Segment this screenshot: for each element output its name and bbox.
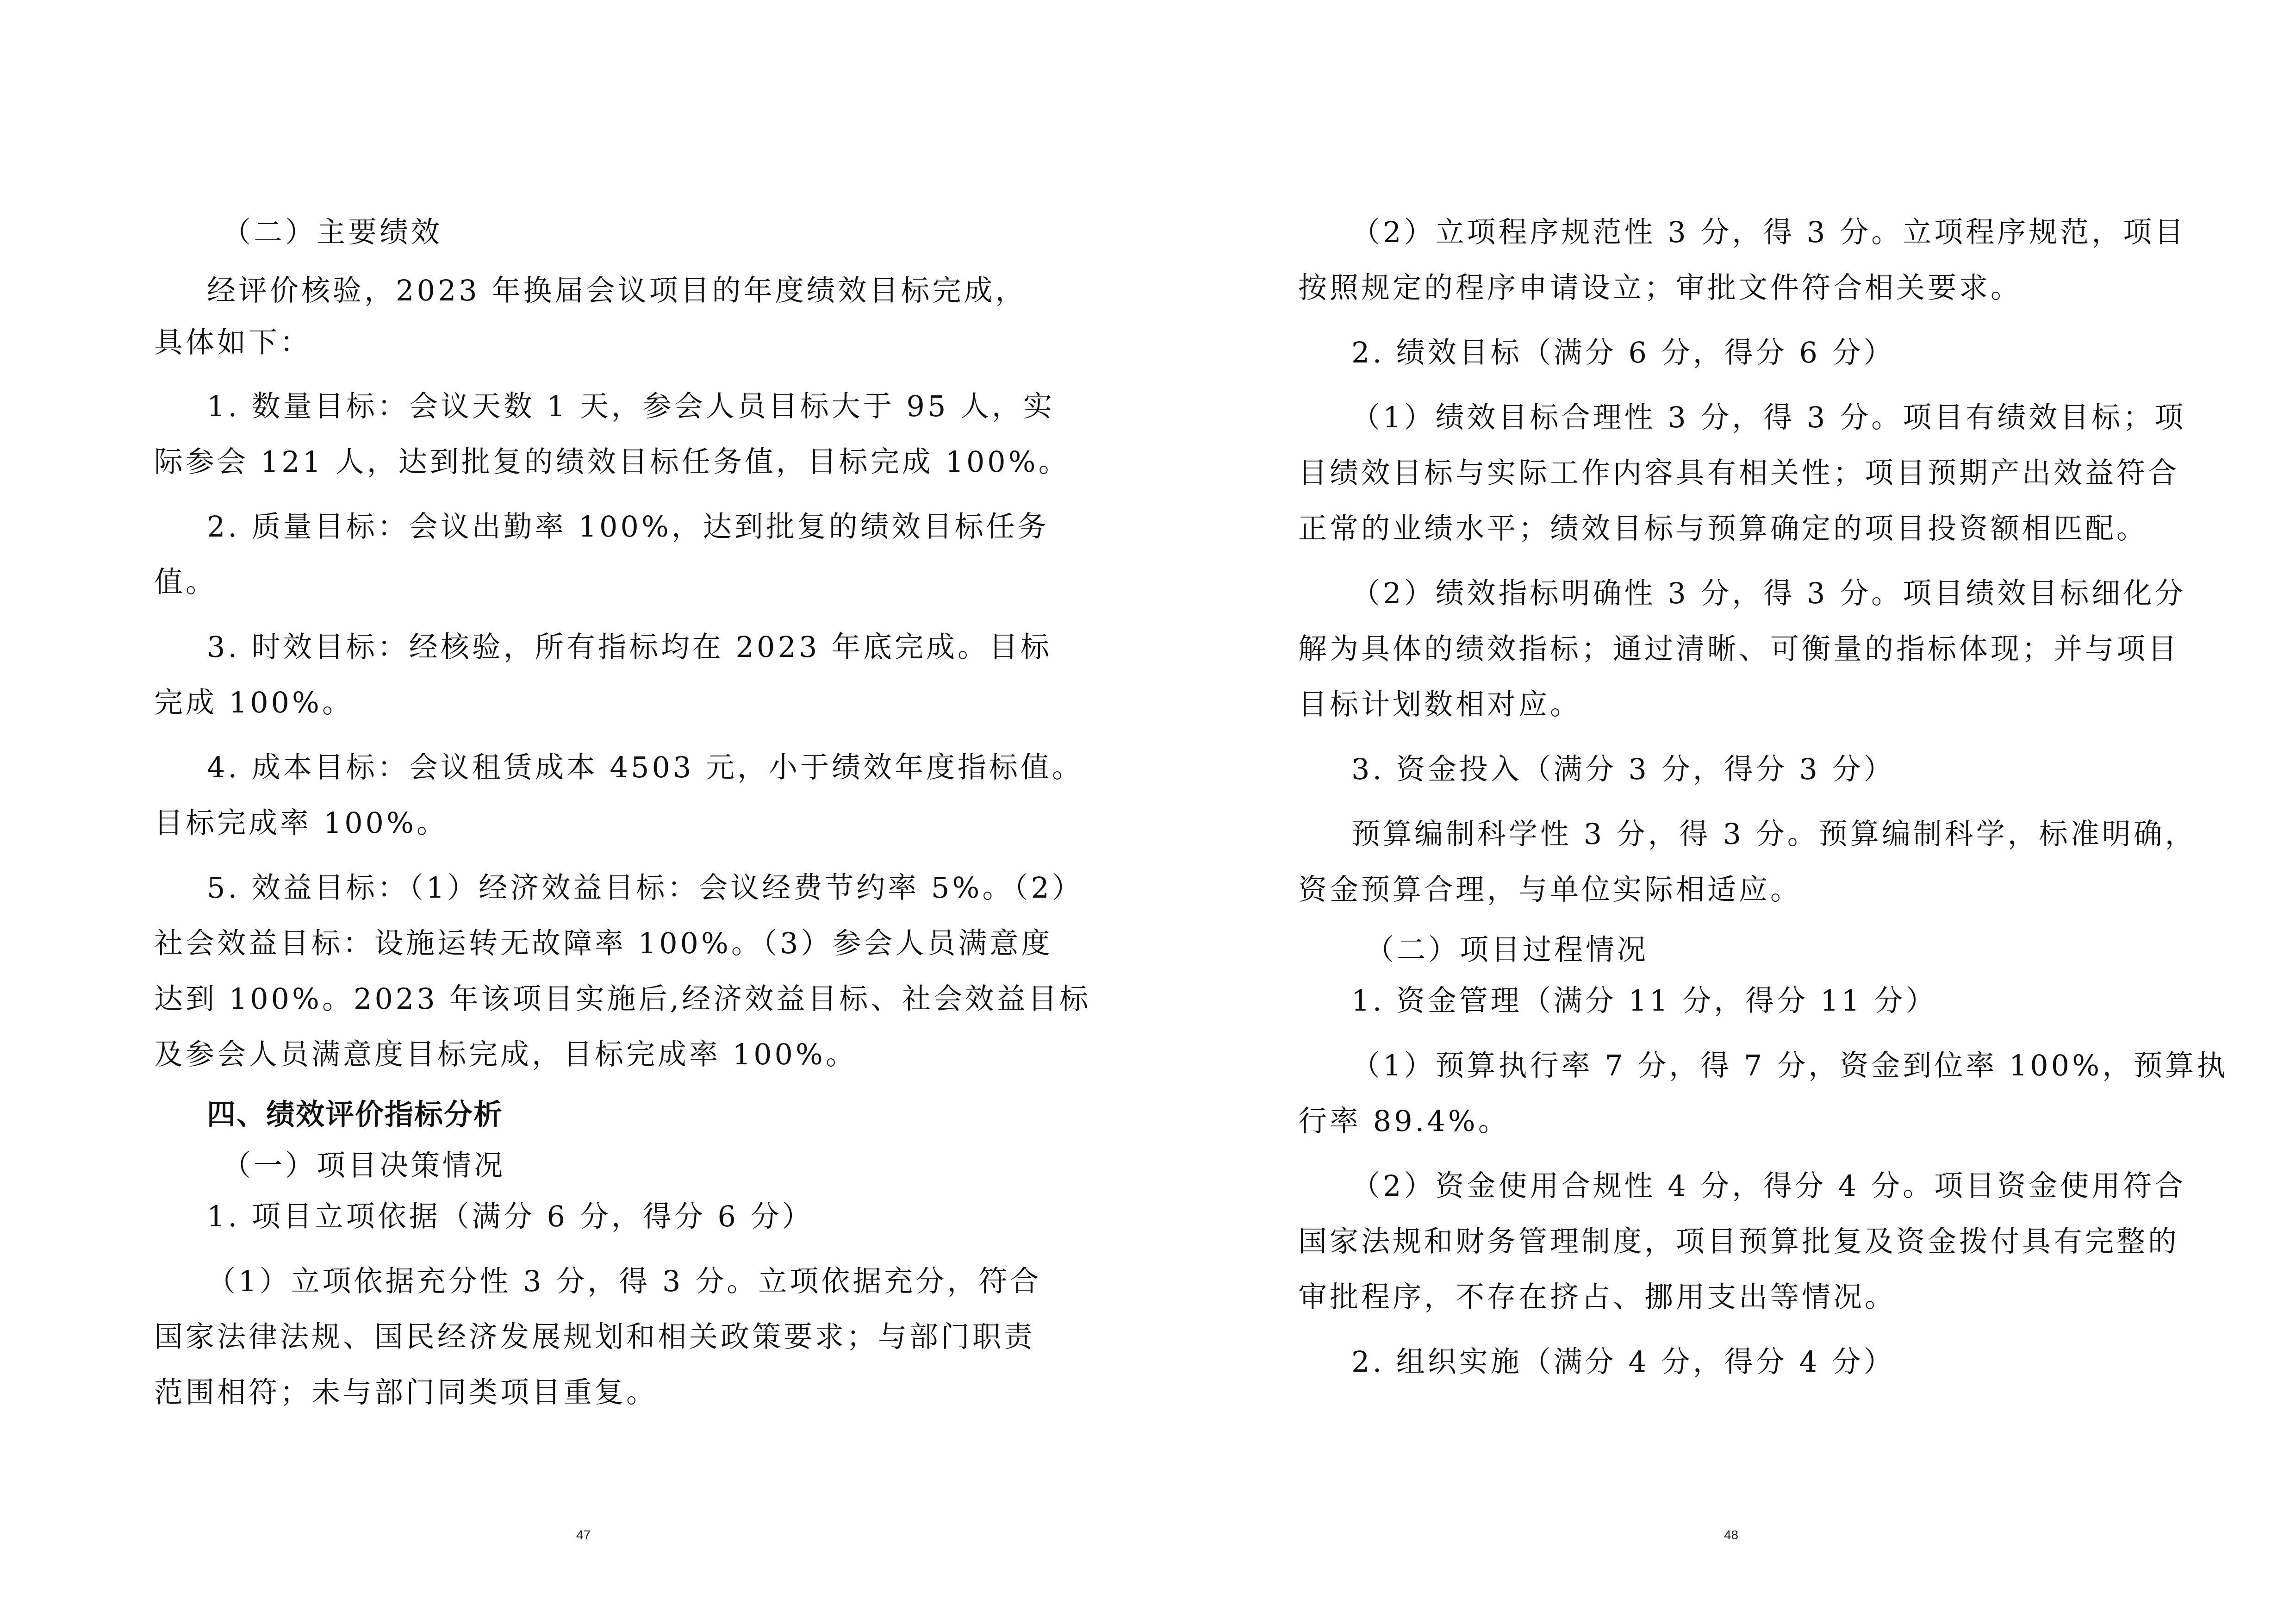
paragraph-line: 解为具体的绩效指标；通过清晰、可衡量的指标体现；并与项目 [1298,631,2179,668]
paragraph-line: 1. 资金管理（满分 11 分，得分 11 分） [1351,982,1937,1019]
paragraph-line: 审批程序，不存在挤占、挪用支出等情况。 [1298,1279,1896,1316]
paragraph-line: 范围相符；未与部门同类项目重复。 [154,1374,658,1411]
paragraph-line: （2）资金使用合规性 4 分，得分 4 分。项目资金使用符合 [1351,1168,2186,1205]
paragraph-line: 3. 时效目标：经核验，所有指标均在 2023 年底完成。目标 [207,629,1052,666]
paragraph-line: 按照规定的程序申请设立；审批文件符合相关要求。 [1298,269,2022,306]
paragraph-line: 2. 绩效目标（满分 6 分，得分 6 分） [1351,334,1895,371]
paragraph-line: 国家法规和财务管理制度，项目预算批复及资金拨付具有完整的 [1298,1223,2179,1260]
paragraph-line: 具体如下： [154,324,311,361]
page-48: （2）立项程序规范性 3 分，得 3 分。立项程序规范，项目 按照规定的程序申请… [1148,0,2296,1624]
section-heading-project-decision: （一）项目决策情况 [222,1147,505,1184]
paragraph-line: 目绩效目标与实际工作内容具有相关性；项目预期产出效益符合 [1298,455,2179,492]
paragraph-line: 目标计划数相对应。 [1298,686,1581,723]
chapter-heading-indicator-analysis: 四、绩效评价指标分析 [207,1096,503,1133]
paragraph-line: 行率 89.4%。 [1298,1103,1510,1140]
paragraph-line: 预算编制科学性 3 分，得 3 分。预算编制科学，标准明确， [1351,816,2196,853]
section-heading-main-performance: （二）主要绩效 [222,214,442,251]
paragraph-line: （2）绩效指标明确性 3 分，得 3 分。项目绩效目标细化分 [1351,575,2186,612]
paragraph-line: 经评价核验，2023 年换届会议项目的年度绩效目标完成， [207,272,1027,309]
paragraph-line: 达到 100%。2023 年该项目实施后,经济效益目标、社会效益目标 [154,981,1091,1018]
paragraph-line: 4. 成本目标：会议租赁成本 4503 元，小于绩效年度指标值。 [207,749,1083,786]
paragraph-line: 目标完成率 100%。 [154,805,448,842]
paragraph-line: （1）绩效目标合理性 3 分，得 3 分。项目有绩效目标；项 [1351,399,2186,436]
paragraph-line: 5. 效益目标：（1）经济效益目标：会议经费节约率 5%。（2） [207,869,1083,906]
paragraph-line: （1）预算执行率 7 分，得 7 分，资金到位率 100%，预算执 [1351,1047,2228,1084]
page-47: （二）主要绩效 经评价核验，2023 年换届会议项目的年度绩效目标完成， 具体如… [0,0,1148,1624]
paragraph-line: 国家法律法规、国民经济发展规划和相关政策要求；与部门职责 [154,1318,1035,1355]
paragraph-line: 2. 组织实施（满分 4 分，得分 4 分） [1351,1343,1895,1380]
paragraph-line: 1. 数量目标：会议天数 1 天，参会人员目标大于 95 人，实 [207,388,1055,425]
paragraph-line: （2）立项程序规范性 3 分，得 3 分。立项程序规范，项目 [1351,214,2186,251]
paragraph-line: 值。 [154,564,217,601]
paragraph-line: 社会效益目标：设施运转无故障率 100%。（3）参会人员满意度 [154,925,1052,962]
paragraph-line: 及参会人员满意度目标完成，目标完成率 100%。 [154,1036,857,1073]
paragraph-line: 际参会 121 人，达到批复的绩效目标任务值，目标完成 100%。 [154,443,1070,481]
paragraph-line: （1）立项依据充分性 3 分，得 3 分。立项依据充分，符合 [207,1263,1041,1300]
paragraph-line: 资金预算合理，与单位实际相适应。 [1298,871,1802,908]
paragraph-line: 完成 100%。 [154,684,354,721]
paragraph-line: 2. 质量目标：会议出勤率 100%，达到批复的绩效目标任务 [207,508,1049,545]
paragraph-line: 3. 资金投入（满分 3 分，得分 3 分） [1351,751,1895,788]
section-heading-project-process: （二）项目过程情况 [1365,931,1649,968]
page-number: 48 [1724,1528,1738,1543]
paragraph-line: 1. 项目立项依据（满分 6 分，得分 6 分） [207,1198,814,1235]
page-number: 47 [576,1528,591,1543]
paragraph-line: 正常的业绩水平；绩效目标与预算确定的项目投资额相匹配。 [1298,510,2148,547]
